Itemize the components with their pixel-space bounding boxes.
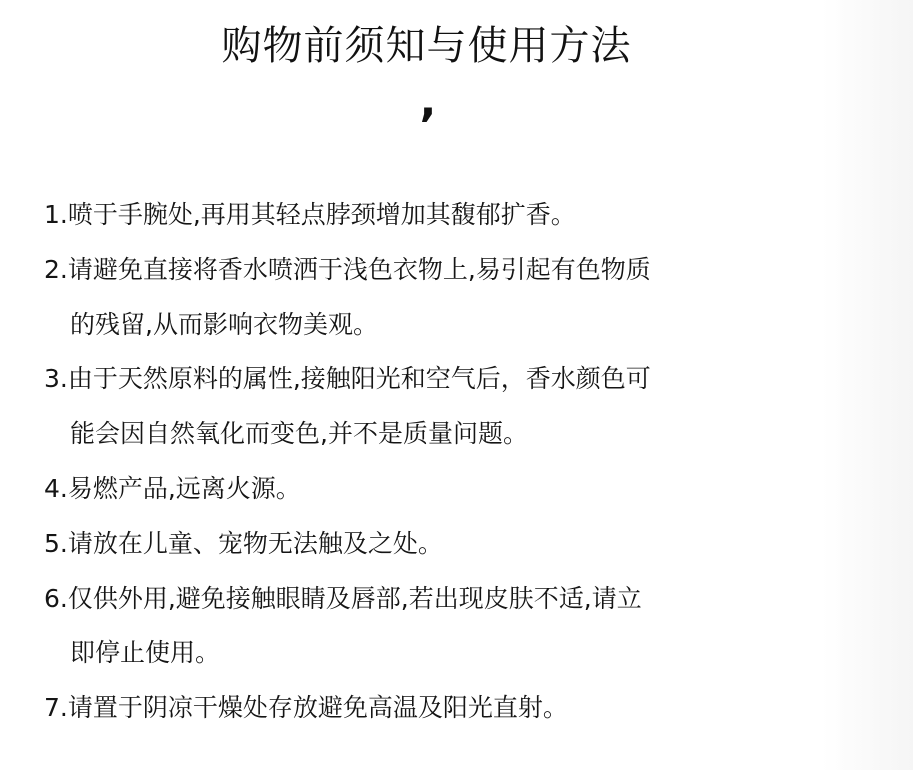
instruction-1: 1.喷于手腕处,再用其轻点脖颈增加其馥郁扩香。 xyxy=(44,192,844,247)
instruction-7: 7.请置于阴凉干燥处存放避免高温及阳光直射。 xyxy=(44,685,844,740)
instruction-6: 6.仅供外用,避免接触眼睛及唇部,若出现皮肤不适,请立 xyxy=(44,576,844,631)
title-comma-mark: , xyxy=(408,72,448,132)
instruction-2: 2.请避免直接将香水喷洒于浅色衣物上,易引起有色物质 xyxy=(44,247,844,302)
instruction-5: 5.请放在儿童、宠物无法触及之处。 xyxy=(44,521,844,576)
instruction-2-continued: 的残留,从而影响衣物美观。 xyxy=(44,302,844,357)
instruction-6-continued: 即停止使用。 xyxy=(44,630,844,685)
instruction-4: 4.易燃产品,远离火源。 xyxy=(44,466,844,521)
usage-instructions-list: 1.喷于手腕处,再用其轻点脖颈增加其馥郁扩香。 2.请避免直接将香水喷洒于浅色衣… xyxy=(44,192,844,740)
page-title: 购物前须知与使用方法 xyxy=(0,18,853,74)
instruction-3: 3.由于天然原料的属性,接触阳光和空气后，香水颜色可 xyxy=(44,356,844,411)
instruction-3-continued: 能会因自然氧化而变色,并不是质量问题。 xyxy=(44,411,844,466)
